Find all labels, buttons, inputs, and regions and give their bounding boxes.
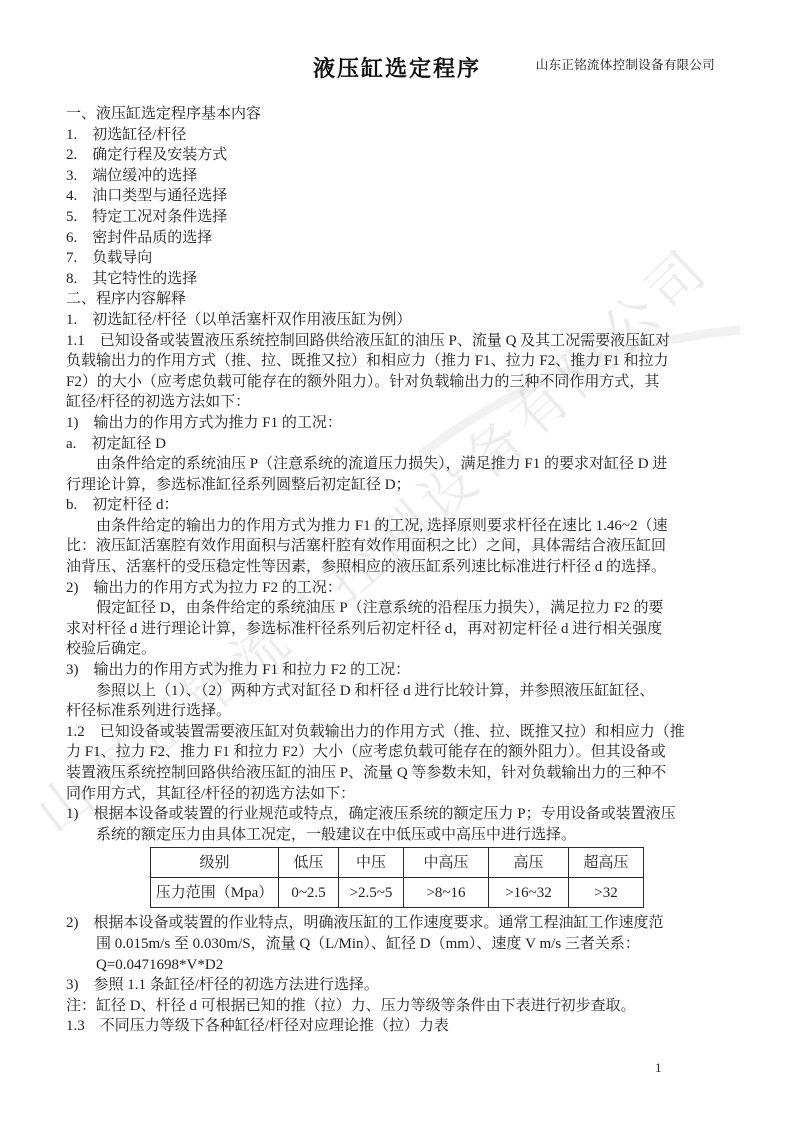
table-row: 压力范围（Mpa）0~2.5>2.5~5>8~16>16~32>32 xyxy=(151,878,644,908)
text-line: 校验后确定。 xyxy=(66,639,730,660)
table-cell: 中压 xyxy=(339,848,404,878)
text-line: 1.3 不同压力等级下各种缸径/杆径对应理论推（拉）力表 xyxy=(66,1016,730,1037)
text-line: 二、程序内容解释 xyxy=(66,289,730,310)
table-cell: >2.5~5 xyxy=(339,878,404,908)
text-line: 5. 特定工况对条件选择 xyxy=(66,207,730,228)
table-cell: >8~16 xyxy=(404,878,489,908)
table-header-row: 级别低压中压中高压高压超高压 xyxy=(151,848,644,878)
text-line: 1) 输出力的作用方式为推力 F1 的工况： xyxy=(66,413,730,434)
text-line: 油背压、活塞杆的受压稳定性等因素，参照相应的液压缸系列速比标准进行杆径 d 的选… xyxy=(66,557,730,578)
text-line: F2）的大小（应考虑负载可能存在的额外阻力）。针对负载输出力的三种不同作用方式，… xyxy=(66,372,730,393)
text-block-before-table: 一、液压缸选定程序基本内容1. 初选缸径/杆径2. 确定行程及安装方式3. 端位… xyxy=(66,104,730,845)
text-line: 一、液压缸选定程序基本内容 xyxy=(66,104,730,125)
text-line: 3. 端位缓冲的选择 xyxy=(66,166,730,187)
text-line: 2) 输出力的作用方式为拉力 F2 的工况： xyxy=(66,578,730,599)
document-page: 山东正铭流体控制设备有限公司 山东正铭流体控制设备有限公司 液压缸选定程序 一、… xyxy=(0,0,794,1123)
text-line: 围 0.015m/s 至 0.030m/S，流量 Q（L/Min）、缸径 D（m… xyxy=(66,934,730,955)
text-line: 1. 初选缸径/杆径（以单活塞杆双作用液压缸为例） xyxy=(66,310,730,331)
table-cell: 级别 xyxy=(151,848,279,878)
table-cell: 压力范围（Mpa） xyxy=(151,878,279,908)
text-line: 行理论计算，参选标准缸径系列圆整后初定缸径 D； xyxy=(66,475,730,496)
text-line: 8. 其它特性的选择 xyxy=(66,269,730,290)
text-line: 1) 根据本设备或装置的行业规范或特点，确定液压系统的额定压力 P；专用设备或装… xyxy=(66,804,730,825)
text-line: Q=0.0471698*V*D2 xyxy=(66,955,730,976)
text-line: 参照以上（1）、（2）两种方式对缸径 D 和杆径 d 进行比较计算，并参照液压缸… xyxy=(66,681,730,702)
table-cell: >16~32 xyxy=(489,878,569,908)
text-line: 注：缸径 D、杆径 d 可根据已知的推（拉）力、压力等级等条件由下表进行初步查取… xyxy=(66,996,730,1017)
text-line: 由条件给定的系统油压 P（注意系统的流道压力损失），满足推力 F1 的要求对缸径… xyxy=(66,454,730,475)
text-line: 缸径/杆径的初选方法如下： xyxy=(66,392,730,413)
text-line: 比：液压缸活塞腔有效作用面积与活塞杆腔有效作用面积之比）之间，具体需结合液压缸回 xyxy=(66,536,730,557)
text-line: a. 初定缸径 D xyxy=(66,434,730,455)
text-line: 杆径标准系列进行选择。 xyxy=(66,701,730,722)
text-line: 2) 根据本设备或装置的作业特点，明确液压缸的工作速度要求。通常工程油缸工作速度… xyxy=(66,913,730,934)
text-line: 3) 输出力的作用方式为推力 F1 和拉力 F2 的工况： xyxy=(66,660,730,681)
table-cell: 超高压 xyxy=(569,848,644,878)
text-line: 3) 参照 1.1 条缸径/杆径的初选方法进行选择。 xyxy=(66,975,730,996)
text-line: 4. 油口类型与通径选择 xyxy=(66,186,730,207)
table-cell: >32 xyxy=(569,878,644,908)
text-line: 同作用方式，其缸径/杆径的初选方法如下： xyxy=(66,784,730,805)
pressure-grade-table: 级别低压中压中高压高压超高压 压力范围（Mpa）0~2.5>2.5~5>8~16… xyxy=(150,847,644,908)
text-line: 7. 负载导向 xyxy=(66,248,730,269)
text-line: 1.1 已知设备或装置液压系统控制回路供给液压缸的油压 P、流量 Q 及其工况需… xyxy=(66,331,730,352)
text-line: 由条件给定的输出力的作用方式为推力 F1 的工况, 选择原则要求杆径在速比 1.… xyxy=(66,516,730,537)
text-line: 1.2 已知设备或装置需要液压缸对负载输出力的作用方式（推、拉、既推又拉）和相应… xyxy=(66,722,730,743)
text-line: 2. 确定行程及安装方式 xyxy=(66,145,730,166)
table-cell: 中高压 xyxy=(404,848,489,878)
table-cell: 低压 xyxy=(279,848,339,878)
text-line: 装置液压系统控制回路供给液压缸的油压 P、流量 Q 等参数未知，针对负载输出力的… xyxy=(66,763,730,784)
page-number: 1 xyxy=(655,1060,662,1076)
text-line: 1. 初选缸径/杆径 xyxy=(66,125,730,146)
text-line: 假定缸径 D，由条件给定的系统油压 P（注意系统的沿程压力损失），满足拉力 F2… xyxy=(66,598,730,619)
text-line: 系统的额定压力由具体工况定，一般建议在中低压或中高压中进行选择。 xyxy=(66,825,730,846)
text-line: 力 F1、拉力 F2、推力 F1 和拉力 F2）大小（应考虑负载可能存在的额外阻… xyxy=(66,742,730,763)
text-line: 6. 密封件品质的选择 xyxy=(66,228,730,249)
text-line: b. 初定杆径 d： xyxy=(66,495,730,516)
table-cell: 0~2.5 xyxy=(279,878,339,908)
text-line: 负载输出力的作用方式（推、拉、既推又拉）和相应力（推力 F1、拉力 F2、推力 … xyxy=(66,351,730,372)
page-title: 液压缸选定程序 xyxy=(0,52,794,83)
text-line: 求对杆径 d 进行理论计算，参选标准杆径系列后初定杆径 d，再对初定杆径 d 进… xyxy=(66,619,730,640)
text-block-after-table: 2) 根据本设备或装置的作业特点，明确液压缸的工作速度要求。通常工程油缸工作速度… xyxy=(66,913,730,1037)
document-body: 一、液压缸选定程序基本内容1. 初选缸径/杆径2. 确定行程及安装方式3. 端位… xyxy=(66,104,730,1037)
table-cell: 高压 xyxy=(489,848,569,878)
